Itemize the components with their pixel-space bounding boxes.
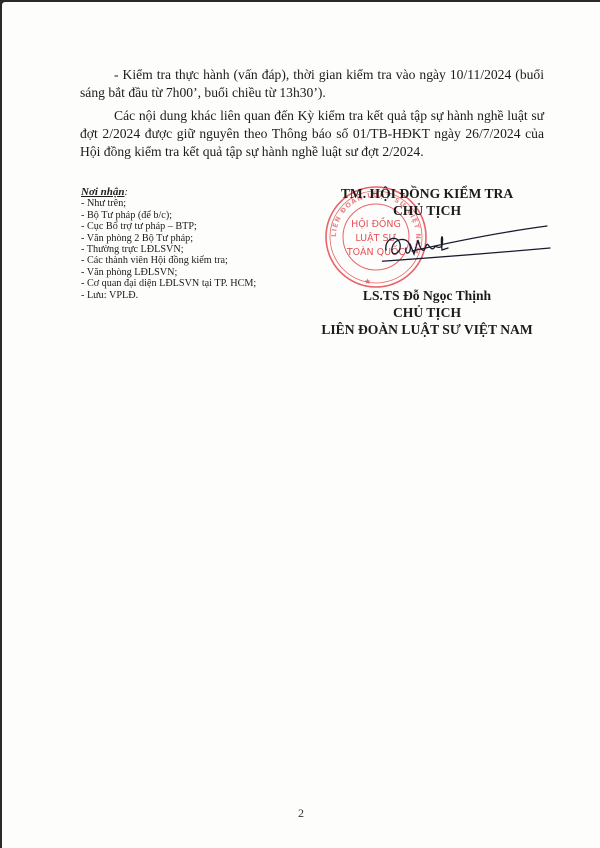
document-page: - Kiểm tra thực hành (vấn đáp), thời gia… <box>2 2 600 848</box>
recipient-item: - Các thành viên Hội đồng kiểm tra; <box>81 255 256 266</box>
paragraph-text: Các nội dung khác liên quan đến Kỳ kiểm … <box>80 108 544 159</box>
recipient-item: - Cơ quan đại diện LĐLSVN tại TP. HCM; <box>81 278 256 289</box>
recipients-title: Nơi nhận <box>81 186 125 198</box>
recipients-list: Nơi nhận: - Như trên;- Bộ Tư pháp (để b/… <box>81 187 256 301</box>
paragraph-practical-exam: - Kiểm tra thực hành (vấn đáp), thời gia… <box>80 66 544 102</box>
recipient-item: - Cục Bổ trợ tư pháp – BTP; <box>81 221 256 232</box>
signer-role-line: CHỦ TỊCH <box>302 202 552 219</box>
paragraph-text: - Kiểm tra thực hành (vấn đáp), thời gia… <box>80 67 544 100</box>
page-number: 2 <box>2 806 600 821</box>
signature-header: TM. HỘI ĐỒNG KIỂM TRA CHỦ TỊCH <box>302 185 552 219</box>
recipient-item: - Lưu: VPLĐ. <box>81 290 256 301</box>
recipients-title-colon: : <box>125 187 128 198</box>
recipient-items: - Như trên;- Bộ Tư pháp (để b/c);- Cục B… <box>81 198 256 301</box>
handwritten-signature <box>382 224 552 274</box>
signer-organization: LIÊN ĐOÀN LUẬT SƯ VIỆT NAM <box>302 321 552 338</box>
recipient-item: - Bộ Tư pháp (để b/c); <box>81 210 256 221</box>
signer-org-line: TM. HỘI ĐỒNG KIỂM TRA <box>302 185 552 202</box>
signer-name: LS.TS Đỗ Ngọc Thịnh <box>302 287 552 304</box>
signature-footer: LS.TS Đỗ Ngọc Thịnh CHỦ TỊCH LIÊN ĐOÀN L… <box>302 287 552 338</box>
recipient-item: - Như trên; <box>81 198 256 209</box>
recipient-item: - Thường trực LĐLSVN; <box>81 244 256 255</box>
paragraph-other-contents: Các nội dung khác liên quan đến Kỳ kiểm … <box>80 107 544 161</box>
signer-title: CHỦ TỊCH <box>302 304 552 321</box>
recipient-item: - Văn phòng LĐLSVN; <box>81 267 256 278</box>
stamp-star-icon: ★ <box>364 277 371 286</box>
recipient-item: - Văn phòng 2 Bộ Tư pháp; <box>81 233 256 244</box>
